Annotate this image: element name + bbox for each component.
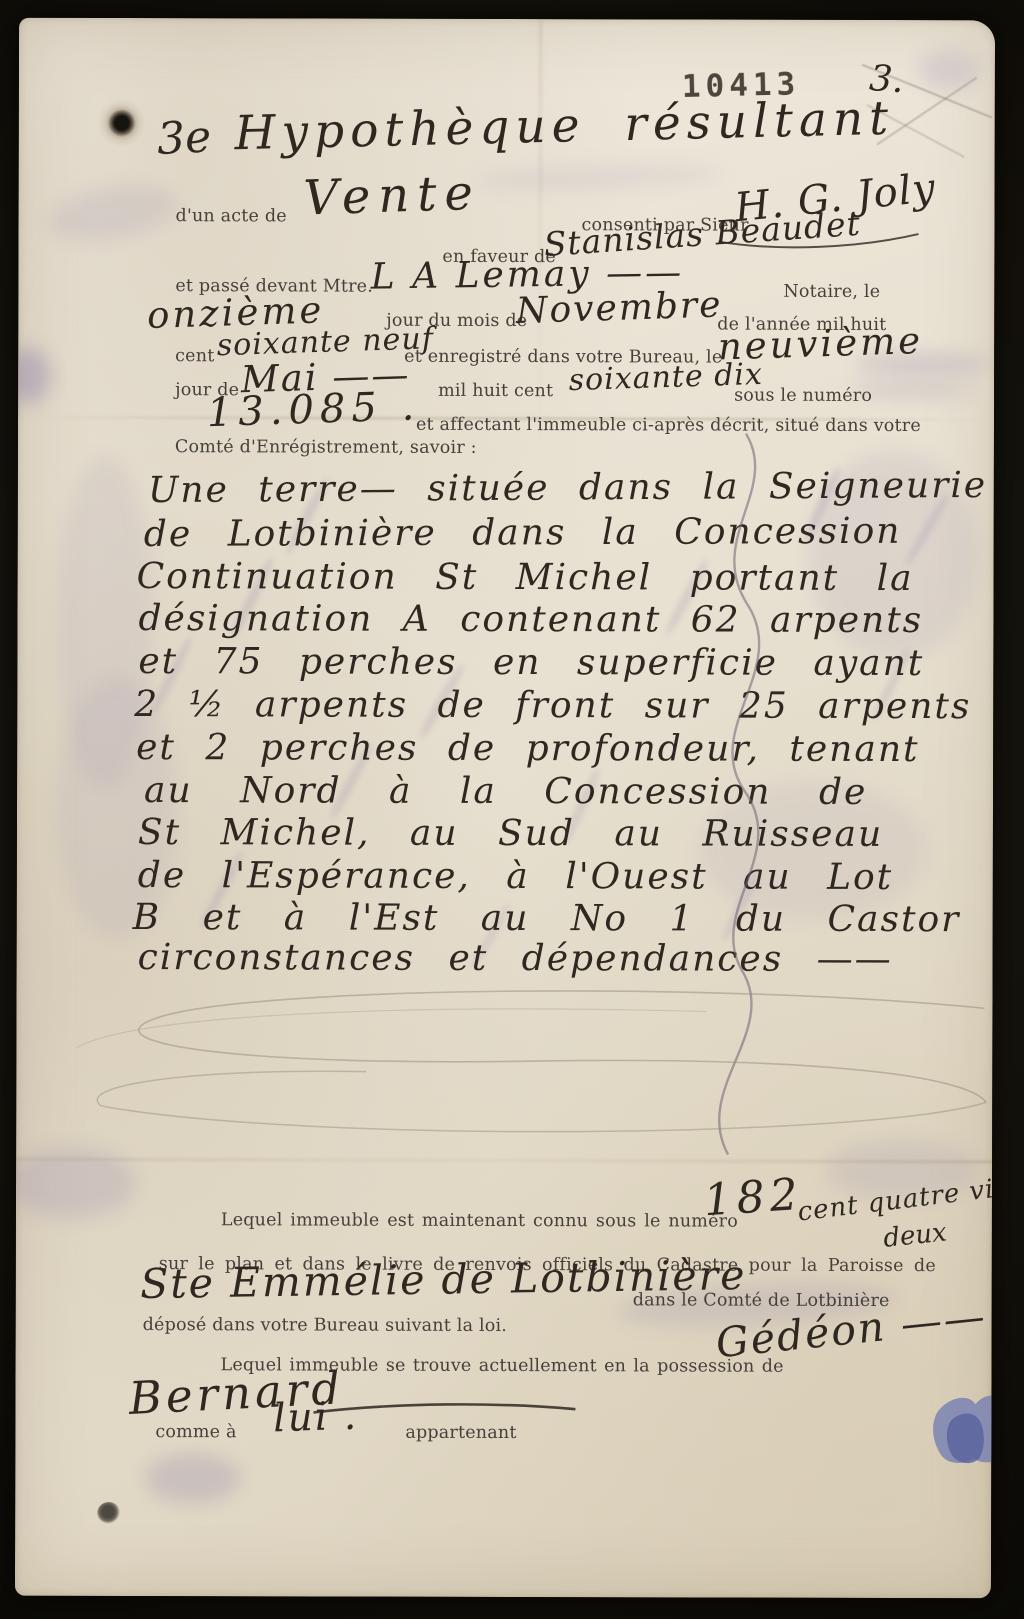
stain-dot <box>97 1502 121 1524</box>
act-month-entry: Novembre <box>515 284 723 332</box>
label-comme: comme à <box>155 1422 236 1442</box>
document-title-ordinal: 3e <box>156 111 213 165</box>
label-comte: Comté d'Enrégistrement, savoir : <box>175 437 477 458</box>
label-cent: cent <box>175 346 214 366</box>
label-acte: d'un acte de <box>176 206 287 226</box>
label-appartenant: appartenant <box>405 1423 516 1443</box>
ink-bleed-mark <box>919 50 979 90</box>
acte-nature-entry: Vente <box>303 165 482 227</box>
loop-flourish <box>76 1008 706 1050</box>
lot-number-words-entry: cent quatre vingt <box>796 1169 995 1228</box>
description-line: B et à l'Est au No 1 du Castor <box>133 897 961 940</box>
description-line: au Nord à la Concession de <box>144 770 867 813</box>
ink-bleed-mark <box>45 177 182 249</box>
ink-bleed-mark <box>15 1148 136 1218</box>
document-paper: 10413 3. 3e Hypothèque résultant Vente d… <box>15 18 995 1599</box>
label-numero: sous le numéro <box>734 386 872 406</box>
ink-bleed-mark <box>473 160 724 194</box>
description-line: Continuation St Michel portant la <box>137 556 914 599</box>
description-line: de l'Espérance, à l'Ouest au Lot <box>138 855 893 898</box>
label-affectant: et affectant l'immeuble ci-après décrit,… <box>416 415 921 436</box>
possessor-pronoun-entry: lui . <box>272 1394 358 1442</box>
label-mil-huit-cent: mil huit cent <box>438 381 553 401</box>
label-depose: déposé dans votre Bureau suivant la loi. <box>143 1315 507 1336</box>
lot-number-cont-entry: deux <box>882 1218 948 1254</box>
description-line: 2 ½ arpents de front sur 25 arpents <box>134 684 971 727</box>
ink-blot-dark <box>947 1413 984 1463</box>
punch-hole-icon <box>97 100 145 150</box>
loop-flourish <box>139 990 987 1102</box>
description-line: et 75 perches en superficie ayant <box>138 641 924 684</box>
document-title: Hypothèque résultant <box>234 91 895 162</box>
photo-background: 10413 3. 3e Hypothèque résultant Vente d… <box>0 0 1024 1619</box>
description-line: de Lotbinière dans la Concession <box>144 511 902 555</box>
description-line: désignation A contenant 62 arpents <box>138 598 923 641</box>
description-closing: circonstances et dépendances —— <box>138 937 893 980</box>
ink-bleed-mark <box>15 348 50 404</box>
label-connu: Lequel immeuble est maintenant connu sou… <box>221 1210 738 1231</box>
label-notaire: Notaire, le <box>783 282 880 302</box>
description-line: Une terre— située dans la Seigneurie <box>148 465 987 511</box>
ink-bleed-mark <box>145 1453 240 1503</box>
reg-number-entry: 13.085 . <box>206 383 421 436</box>
description-line: St Michel, au Sud au Ruisseau <box>138 812 883 855</box>
description-line: et 2 perches de profondeur, tenant <box>136 727 919 770</box>
ink-blot <box>933 1396 995 1464</box>
lot-number-entry: 182 <box>702 1169 804 1227</box>
paper-crease <box>16 1158 992 1164</box>
loop-flourish <box>97 1071 986 1133</box>
